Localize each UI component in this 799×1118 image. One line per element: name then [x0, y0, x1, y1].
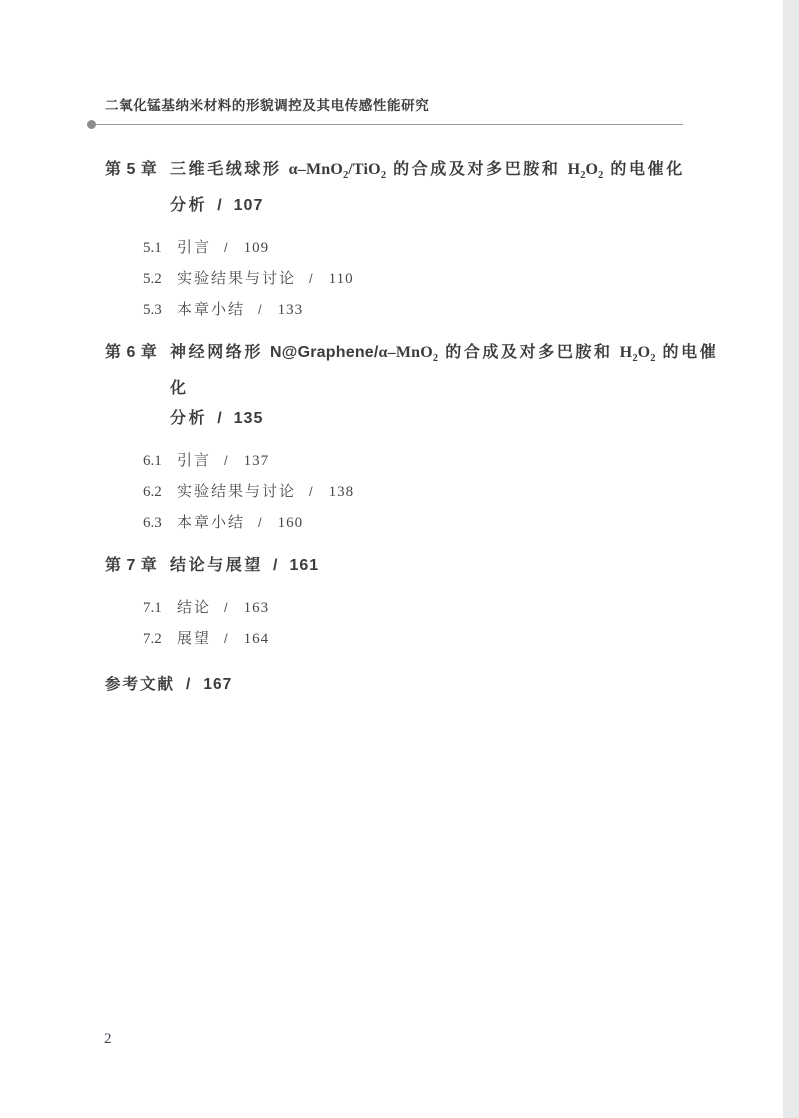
slash-separator: / [258, 515, 262, 530]
chapter-title-text: 的合成及对多巴胺和 [438, 344, 620, 361]
section-number: 7.1 [143, 593, 167, 624]
header-rule [95, 124, 683, 125]
section-title: 展望 [177, 630, 211, 647]
section-row: 7.2展望/164 [143, 623, 783, 654]
section-row: 6.2实验结果与讨论/138 [143, 476, 783, 507]
chapter-title-text: 分析 [170, 197, 207, 214]
chapter-title-text: 三维毛绒球形 [170, 161, 289, 178]
page-number: 2 [104, 1031, 112, 1048]
chapter-page-number: 161 [289, 557, 319, 574]
section-page-number: 137 [244, 453, 270, 469]
chapter-heading: 第 7 章结论与展望/161 [105, 551, 783, 581]
chapter-sections: 6.1引言/1376.2实验结果与讨论/1386.3本章小结/160 [105, 445, 783, 538]
book-toc-page: 二氧化锰基纳米材料的形貌调控及其电传感性能研究 第 5 章三维毛绒球形 α–Mn… [0, 0, 783, 694]
section-row: 5.2实验结果与讨论/110 [143, 263, 783, 294]
section-title: 实验结果与讨论 [177, 270, 296, 287]
section-row: 6.3本章小结/160 [143, 507, 783, 538]
page-header: 二氧化锰基纳米材料的形貌调控及其电传感性能研究 [105, 94, 783, 130]
section-title: 结论 [177, 599, 211, 616]
section-page-number: 133 [278, 302, 304, 318]
chapter-page-number: 107 [234, 197, 264, 214]
header-rule-wrap [105, 120, 783, 130]
section-page-number: 164 [244, 631, 270, 647]
section-number: 6.1 [143, 446, 167, 477]
section-row: 5.1引言/109 [143, 232, 783, 263]
chapter-title-text: 的合成及对多巴胺和 [386, 161, 568, 178]
chapter-title-text: α–MnO [379, 344, 433, 361]
section-number: 7.2 [143, 624, 167, 655]
section-row: 5.3本章小结/133 [143, 294, 783, 325]
slash-separator: / [217, 197, 221, 214]
slash-separator: / [224, 453, 228, 468]
slash-separator: / [309, 484, 313, 499]
section-number: 5.1 [143, 233, 167, 264]
chapter-title: 神经网络形 N@Graphene/α–MnO2 的合成及对多巴胺和 H2O2 的… [170, 338, 730, 434]
chapter-label: 第 5 章 [105, 155, 170, 185]
slash-separator: / [186, 676, 190, 693]
slash-separator: / [309, 271, 313, 286]
toc-chapters: 第 5 章三维毛绒球形 α–MnO2/TiO2 的合成及对多巴胺和 H2O2 的… [105, 155, 783, 694]
toc-chapter: 第 5 章三维毛绒球形 α–MnO2/TiO2 的合成及对多巴胺和 H2O2 的… [105, 155, 783, 325]
chapter-title-text: O [585, 161, 598, 178]
chapter-title: 三维毛绒球形 α–MnO2/TiO2 的合成及对多巴胺和 H2O2 的电催化分析… [170, 155, 730, 221]
section-title: 引言 [177, 452, 211, 469]
section-page-number: 138 [329, 484, 355, 500]
slash-separator: / [217, 410, 221, 427]
chapter-label: 第 6 章 [105, 338, 170, 368]
chapter-title-text: α–MnO [289, 161, 343, 178]
chapter-title-text: /TiO [348, 161, 381, 178]
chapter-title-text: 神经网络形 [170, 344, 270, 361]
references-title: 参考文献 [105, 676, 175, 693]
section-number: 6.2 [143, 477, 167, 508]
slash-separator: / [224, 240, 228, 255]
chapter-heading: 第 6 章神经网络形 N@Graphene/α–MnO2 的合成及对多巴胺和 H… [105, 338, 783, 434]
section-page-number: 109 [244, 240, 270, 256]
section-title: 本章小结 [177, 301, 245, 318]
section-page-number: 110 [329, 271, 354, 287]
chapter-title: 结论与展望/161 [170, 551, 730, 581]
section-number: 5.2 [143, 264, 167, 295]
chapter-heading: 第 5 章三维毛绒球形 α–MnO2/TiO2 的合成及对多巴胺和 H2O2 的… [105, 155, 783, 221]
slash-separator: / [273, 557, 277, 574]
slash-separator: / [258, 302, 262, 317]
page-right-edge-strip [783, 0, 799, 1118]
toc-chapter: 第 6 章神经网络形 N@Graphene/α–MnO2 的合成及对多巴胺和 H… [105, 338, 783, 538]
chapter-sections: 5.1引言/1095.2实验结果与讨论/1105.3本章小结/133 [105, 232, 783, 325]
section-page-number: 163 [244, 600, 270, 616]
bullet-dot-icon [87, 120, 96, 129]
chapter-title-text: 的电催化 [603, 161, 684, 178]
chapter-title-text: N@Graphene/ [270, 344, 379, 361]
slash-separator: / [224, 631, 228, 646]
chapter-title-text: 结论与展望 [170, 557, 263, 574]
chapter-page-number: 135 [234, 410, 264, 427]
section-number: 6.3 [143, 508, 167, 539]
toc-chapter: 第 7 章结论与展望/1617.1结论/1637.2展望/164 [105, 551, 783, 654]
chapter-title-text: 分析 [170, 410, 207, 427]
section-title: 实验结果与讨论 [177, 483, 296, 500]
section-number: 5.3 [143, 295, 167, 326]
chapter-title-text: H [620, 344, 633, 361]
section-row: 7.1结论/163 [143, 592, 783, 623]
section-title: 引言 [177, 239, 211, 256]
references-row: 参考文献/167 [105, 672, 783, 694]
section-row: 6.1引言/137 [143, 445, 783, 476]
section-page-number: 160 [278, 515, 304, 531]
section-title: 本章小结 [177, 514, 245, 531]
references-page-number: 167 [203, 676, 232, 693]
chapter-title-text: H [568, 161, 581, 178]
chapter-sections: 7.1结论/1637.2展望/164 [105, 592, 783, 654]
chapter-title-text: O [638, 344, 651, 361]
chapter-label: 第 7 章 [105, 551, 170, 581]
running-head-title: 二氧化锰基纳米材料的形貌调控及其电传感性能研究 [105, 94, 783, 114]
slash-separator: / [224, 600, 228, 615]
